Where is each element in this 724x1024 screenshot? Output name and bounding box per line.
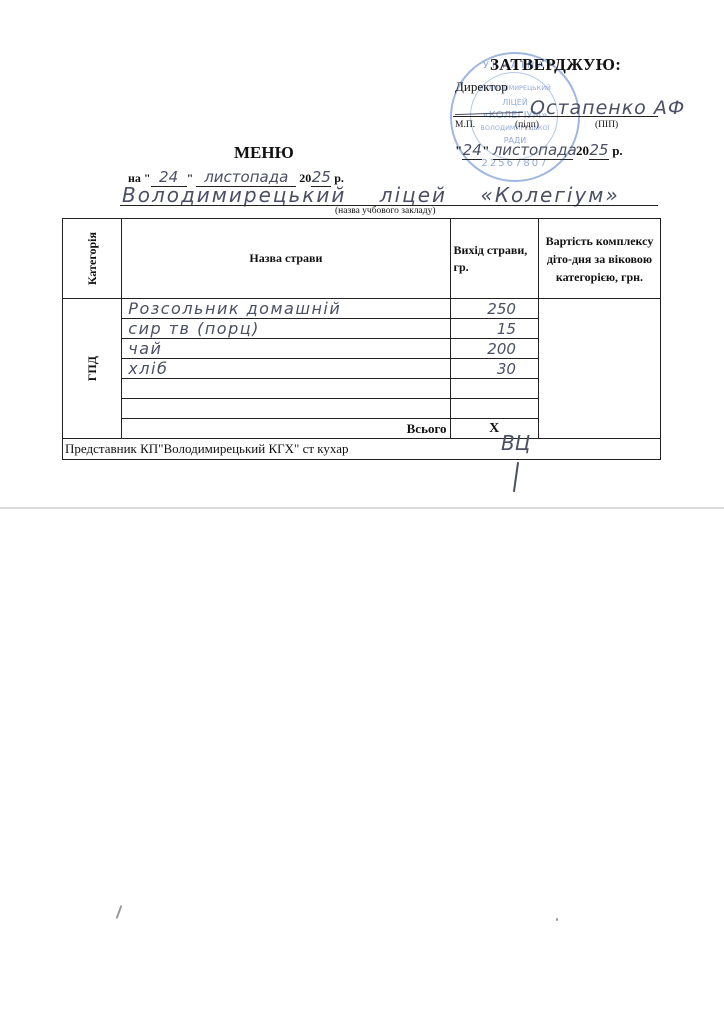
dish-output: 250: [450, 299, 538, 319]
dish-output: 200: [450, 339, 538, 359]
dish-output: 15: [450, 319, 538, 339]
menu-table: Категорія Назва страви Вихід страви, гр.…: [62, 218, 661, 460]
category-cell: ГПД: [63, 299, 122, 439]
scan-fold-line: [0, 507, 724, 509]
director-name-handwritten: Остапенко АФ: [530, 97, 685, 119]
signature-tail-stroke: [513, 462, 519, 492]
dish-name: хліб: [122, 359, 450, 379]
table-row: ГПД Розсольник домашній 250: [63, 299, 661, 319]
total-label: Всього: [122, 419, 450, 439]
menu-title: МЕНЮ: [234, 143, 294, 163]
approval-day: 24: [462, 141, 482, 160]
dish-output: 30: [450, 359, 538, 379]
dish-output: [450, 379, 538, 399]
dish-name: Розсольник домашній: [122, 299, 450, 319]
header-output: Вихід страви, гр.: [450, 219, 538, 299]
dish-name: [122, 379, 450, 399]
stamp-place-label: М.П.: [455, 120, 475, 130]
approval-year: 25: [589, 141, 609, 160]
signature-caption: (підп): [515, 120, 539, 130]
table-header-row: Категорія Назва страви Вихід страви, гр.…: [63, 219, 661, 299]
representative-row: Представник КП"Володимирецький КГХ" ст к…: [63, 439, 661, 460]
approval-position: Директор: [455, 79, 508, 95]
header-category: Категорія: [63, 219, 122, 299]
approval-month: листопада: [493, 141, 573, 160]
representative-label: Представник КП"Володимирецький КГХ" ст к…: [65, 441, 349, 456]
representative-cell: Представник КП"Володимирецький КГХ" ст к…: [63, 439, 661, 460]
approval-date: "24" листопада 2025 р.: [455, 141, 623, 160]
school-name-caption: (назва учбового закладу): [335, 206, 436, 216]
scan-speck: [116, 905, 123, 919]
dish-name: сир тв (порц): [122, 319, 450, 339]
school-name-handwritten: Володимирецький ліцей «Колегіум»: [122, 183, 620, 207]
approval-title: ЗАТВЕРДЖУЮ:: [490, 55, 621, 75]
header-cost: Вартість комплексу діто-дня за віковою к…: [538, 219, 660, 299]
cost-cell: [538, 299, 660, 439]
dish-output: [450, 399, 538, 419]
scan-speck: [556, 918, 558, 921]
header-dish-name: Назва страви: [122, 219, 450, 299]
cook-signature: ВЦ: [501, 431, 530, 455]
director-signature: Остапенко АФ: [455, 97, 685, 119]
dish-name: [122, 399, 450, 419]
dish-name: чай: [122, 339, 450, 359]
name-caption: (ПІП): [595, 120, 618, 130]
